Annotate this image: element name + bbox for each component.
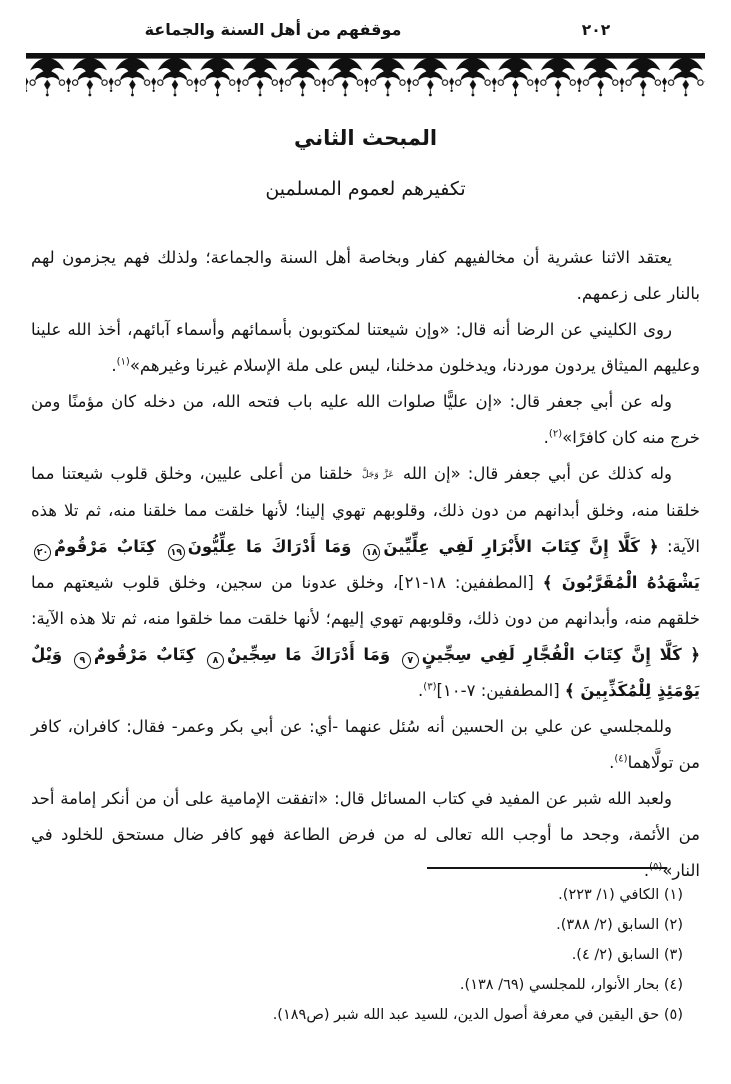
footnote-item-3: (٣) السابق (٢/ ٤). [60,940,683,970]
chapter-heading: المبحث الثاني [0,126,731,150]
verse-bracket-open: ﴿ [690,645,700,664]
quran-verse-alfujjar: ﴿ كَلَّا إِنَّ كِتَابَ الْفُجَّارِ لَفِي… [31,645,700,700]
footnotes-list: (١) الكافي (١/ ٢٢٣). (٢) السابق (٢/ ٣٨٨)… [60,880,683,1030]
paragraph-3: وله عن أبي جعفر قال: «إن عليًّا صلوات ال… [31,384,700,456]
verse-bracket-open: ﴿ [649,537,659,556]
footnote-item-2: (٢) السابق (٢/ ٣٨٨). [60,910,683,940]
paragraph-text: روى الكليني عن الرضا أنه قال: «وإن شيعتن… [31,320,700,375]
ayah-medallion: ١٩ [168,544,185,561]
paragraph-text: يعتقد الاثنا عشرية أن مخالفيهم كفار وبخا… [31,248,700,303]
paragraph-4: وله كذلك عن أبي جعفر قال: «إن الله عَزَّ… [31,456,700,709]
book-page: موقفهم من أهل السنة والجماعة ٢٠٢ [0,0,731,1084]
verse-segment: كَلَّا إِنَّ كِتَابَ الأَبْرَارِ لَفِي ع… [383,537,640,556]
verse-segment: يَشْهَدُهُ الْمُقَرَّبُونَ [562,573,700,592]
page-number: ٢٠٢ [582,21,610,39]
footnote-ref-3: (٣) [423,682,436,693]
verse-segment: كِتَابٌ مَرْقُومٌ [54,537,156,556]
verse-segment: وَمَا أَدْرَاكَ مَا سِجِّينٌ [227,645,390,664]
body-text: يعتقد الاثنا عشرية أن مخالفيهم كفار وبخا… [31,240,700,889]
footnote-ref-1: (١) [117,357,130,368]
paragraph-text: وله كذلك عن أبي جعفر قال: «إن الله [403,464,672,483]
paragraph-2: روى الكليني عن الرضا أنه قال: «وإن شيعتن… [31,312,700,384]
ayah-medallion: ٨ [207,652,224,669]
azza-wa-jalla-honorific: عَزَّ وَجَلَّ [362,470,394,480]
surah-reference-2: [المطففين: ٧-١٠] [436,681,559,700]
ayah-medallion: ٧ [402,652,419,669]
running-title: موقفهم من أهل السنة والجماعة [145,20,402,39]
paragraph-6: ولعبد الله شبر عن المفيد في كتاب المسائل… [31,781,700,889]
footnote-item-1: (١) الكافي (١/ ٢٢٣). [60,880,683,910]
paragraph-text: وللمجلسي عن علي بن الحسين أنه سُئل عنهما… [31,717,700,772]
footnote-separator [427,867,667,869]
surah-reference-1: [المطففين: ١٨-٢١]، [393,573,534,592]
paragraph-5: وللمجلسي عن علي بن الحسين أنه سُئل عنهما… [31,709,700,781]
verse-segment: كَلَّا إِنَّ كِتَابَ الْفُجَّارِ لَفِي س… [422,645,682,664]
ayah-medallion: ٢٠ [34,544,51,561]
paragraph-text: وله عن أبي جعفر قال: «إن عليًّا صلوات ال… [31,392,700,447]
verse-segment: وَمَا أَدْرَاكَ مَا عِلِّيُّونَ [188,537,352,556]
chapter-subtitle: تكفيرهم لعموم المسلمين [0,178,731,200]
verse-segment: كِتَابٌ مَرْقُومٌ [94,645,195,664]
paragraph-1: يعتقد الاثنا عشرية أن مخالفيهم كفار وبخا… [31,240,700,312]
footnote-ref-2: (٢) [549,429,562,440]
ornament-border [26,53,705,100]
verse-bracket-close: ﴾ [543,573,553,592]
footnote-item-5: (٥) حق اليقين في معرفة أصول الدين، للسيد… [60,1000,683,1030]
footnote-item-4: (٤) بحار الأنوار، للمجلسي (٦٩/ ١٣٨). [60,970,683,1000]
ayah-medallion: ٩ [74,652,91,669]
ayah-medallion: ١٨ [363,544,380,561]
footnote-ref-4: (٤) [614,754,627,765]
verse-bracket-close: ﴾ [565,681,575,700]
